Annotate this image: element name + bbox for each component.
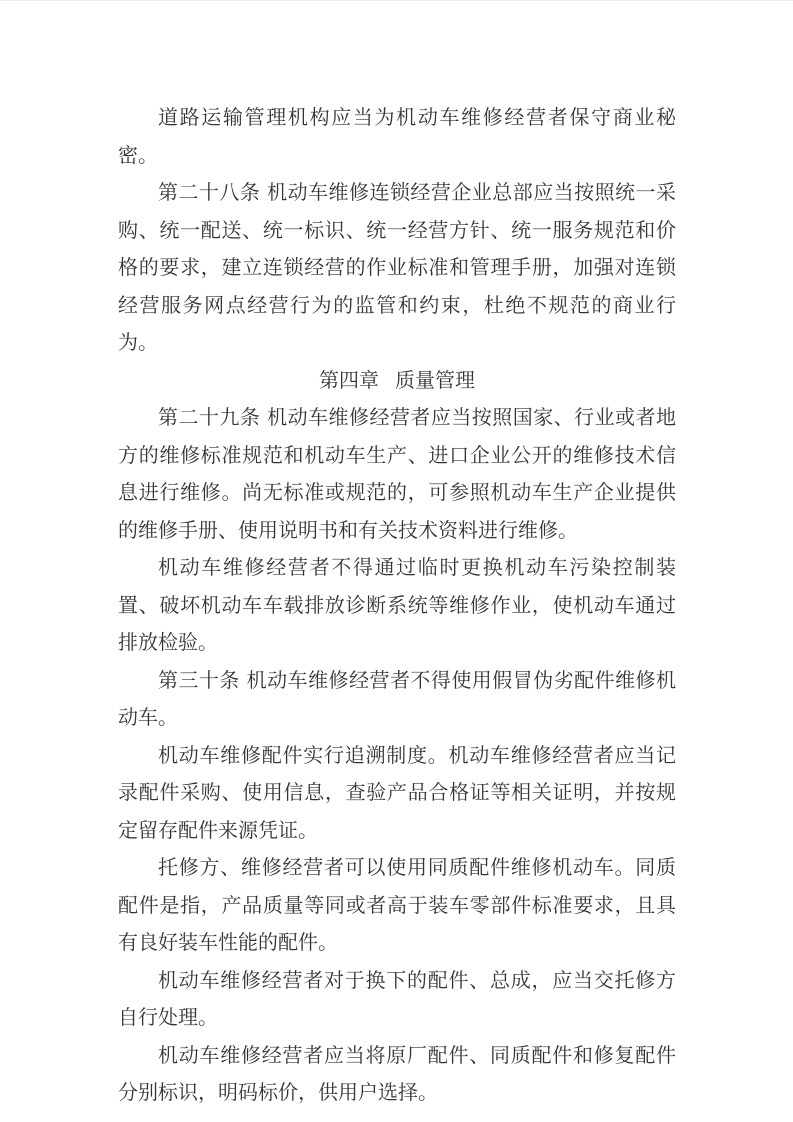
chapter-number: 第四章 (319, 368, 379, 392)
chapter-title: 质量管理 (395, 368, 475, 392)
paragraph-parts-labeling: 机动车维修经营者应当将原厂配件、同质配件和修复配件分别标识，明码标价，供用户选择… (118, 1037, 676, 1112)
paragraph-equivalent-parts: 托修方、维修经营者可以使用同质配件维修机动车。同质配件是指，产品质量等同或者高于… (118, 849, 676, 962)
paragraph-emission-tampering: 机动车维修经营者不得通过临时更换机动车污染控制装置、破坏机动车车载排放诊断系统等… (118, 549, 676, 662)
paragraph-article-29: 第二十九条 机动车维修经营者应当按照国家、行业或者地方的维修标准规范和机动车生产… (118, 399, 676, 549)
paragraph-replaced-parts: 机动车维修经营者对于换下的配件、总成，应当交托修方自行处理。 (118, 962, 676, 1037)
paragraph-parts-traceability: 机动车维修配件实行追溯制度。机动车维修经营者应当记录配件采购、使用信息，查验产品… (118, 737, 676, 850)
chapter-heading: 第四章质量管理 (118, 362, 676, 400)
document-page: 道路运输管理机构应当为机动车维修经营者保守商业秘密。 第二十八条 机动车维修连锁… (0, 0, 793, 1122)
paragraph-article-28: 第二十八条 机动车维修连锁经营企业总部应当按照统一采购、统一配送、统一标识、统一… (118, 174, 676, 362)
paragraph-article-30: 第三十条 机动车维修经营者不得使用假冒伪劣配件维修机动车。 (118, 662, 676, 737)
paragraph-secrecy: 道路运输管理机构应当为机动车维修经营者保守商业秘密。 (118, 99, 676, 174)
